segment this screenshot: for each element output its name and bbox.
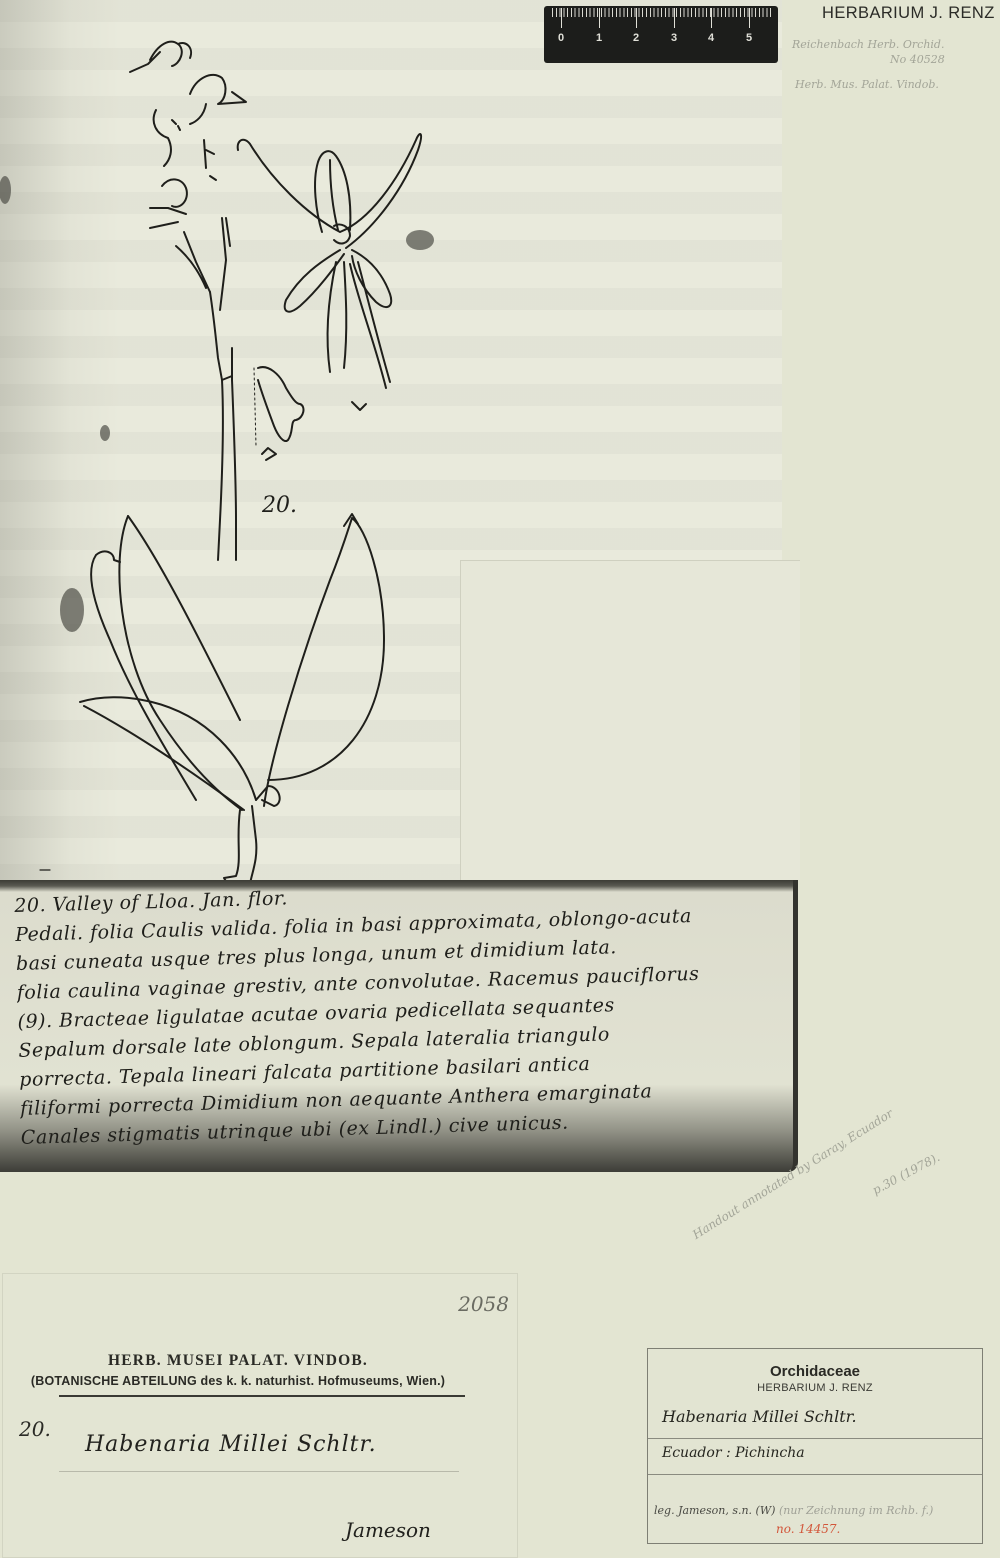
ruler-major-tick [599,8,600,28]
collector-name: Jameson [345,1518,431,1542]
ruler-label: 5 [746,32,752,44]
pencil-note-reichenbach: Reichenbach Herb. Orchid. [792,38,944,51]
vienna-label-subtitle: (BOTANISCHE ABTEILUNG des k. k. naturhis… [3,1374,473,1388]
ruler-label: 1 [596,32,602,44]
collector-line: leg. Jameson, s.n. (W) (nur Zeichnung im… [654,1504,933,1517]
renz-determination-label: Orchidaceae HERBARIUM J. RENZ Habenaria … [647,1348,983,1544]
orchid-drawing: 20. [0,0,800,900]
renz-species-name: Habenaria Millei Schltr. [662,1407,857,1426]
specimen-index: 20. [19,1417,51,1441]
ruler-major-tick [749,8,750,28]
handwritten-notes-block: 20. Valley of Lloa. Jan. flor. Pedali. f… [0,880,798,1172]
locality-row: Ecuador : Pichincha [648,1439,982,1475]
herbarium-renz-header: HERBARIUM J. RENZ [822,4,995,23]
pencil-note-number: No 40528 [890,53,945,66]
ruler-label: 3 [671,32,677,44]
legit: leg. Jameson, s.n. (W) [654,1504,775,1517]
vienna-herbarium-label: 2058 HERB. MUSEI PALAT. VINDOB. (BOTANIS… [2,1273,518,1558]
ruler-major-tick [636,8,637,28]
divider [59,1395,465,1397]
ruler-major-tick [674,8,675,28]
pencil-note-vindob: Herb. Mus. Palat. Vindob. [795,78,939,91]
svg-text:20.: 20. [261,493,297,518]
species-name: Habenaria Millei Schltr. [85,1432,377,1457]
ruler-label: 0 [558,32,564,44]
ruler-major-tick [711,8,712,28]
margin-pencil-note-ref: p.30 (1978). [870,1150,942,1197]
locality: Ecuador : Pichincha [662,1445,805,1461]
vienna-label-title: HERB. MUSEI PALAT. VINDOB. [3,1352,473,1370]
herbarium-sheet: 20. 20. Valley of Lloa. Jan. flor. Pedal… [0,0,1000,1558]
species-row: Habenaria Millei Schltr. [648,1349,982,1439]
divider [59,1471,459,1472]
legit-note: (nur Zeichnung im Rchb. f.) [779,1504,933,1517]
ruler-major-tick [561,8,562,28]
ruler-label: 4 [708,32,714,44]
catalog-number: 2058 [458,1292,509,1316]
scale-ruler: 0 1 2 3 4 5 [544,6,778,63]
ruler-label: 2 [633,32,639,44]
accession-number: no. 14457. [776,1522,840,1536]
ruler-minor-ticks [552,8,774,30]
